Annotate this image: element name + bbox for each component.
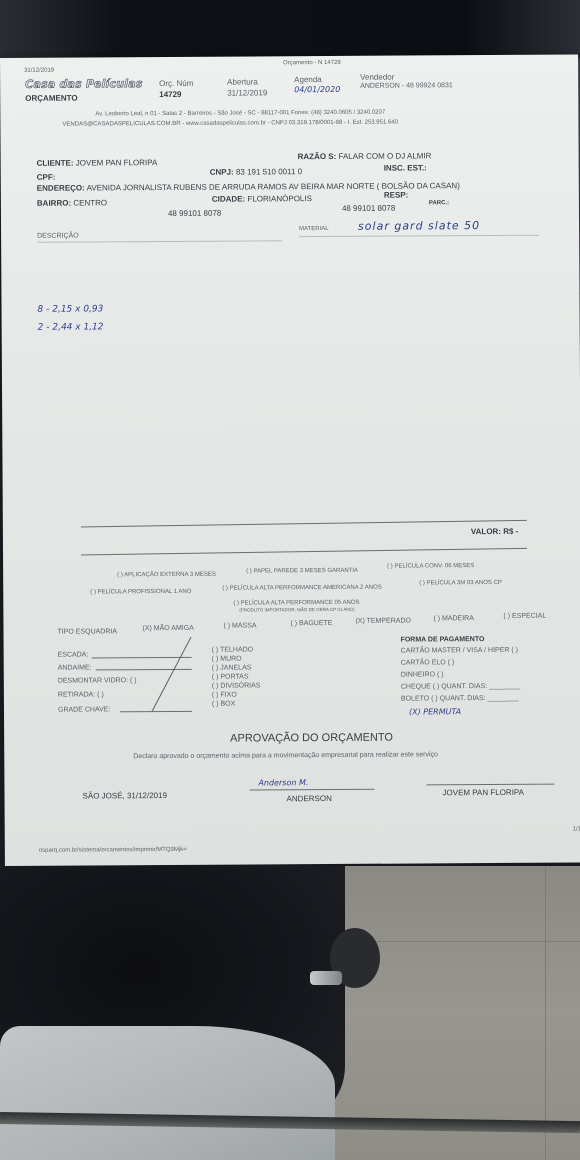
- measurement-line: 2 - 2,44 x 1,12: [38, 322, 104, 332]
- cliente-value: JOVEM PAN FLORIPA: [76, 158, 158, 167]
- bairro-field: BAIRRO: CENTRO: [37, 198, 107, 207]
- payment-option: BOLETO ( ) QUANT. DIAS: ________: [401, 695, 519, 703]
- bairro-value: CENTRO: [73, 198, 107, 207]
- esquadria-option-temperado: (X) TEMPERADO: [355, 618, 411, 625]
- orc-num-label: Orç. Núm: [159, 79, 193, 88]
- andaime-line: [96, 669, 192, 671]
- cidade-value: FLORIANÓPOLIS: [247, 194, 312, 203]
- divider-line: [81, 548, 527, 556]
- client-signature-line: [426, 784, 554, 786]
- resp-label: RESP:: [384, 191, 409, 200]
- valor-total: VALOR: R$ -: [471, 527, 518, 536]
- parc-label: PARC.:: [429, 200, 449, 206]
- location-option: ( ) TELHADO: [212, 646, 254, 653]
- cpf-field: CPF:: [37, 173, 56, 182]
- abertura-label: Abertura: [227, 77, 258, 86]
- company-address: Av. Leoberto Leal, n 01 - Salas 2 - Barr…: [95, 110, 385, 118]
- cnpj-value: 83 191 510 0011 0: [236, 167, 302, 176]
- warranty-option: ( ) PELÍCULA 3M 03 ANOS CP: [419, 580, 502, 587]
- payment-option: CARTÃO MASTER / VISA / HIPER ( ): [401, 647, 518, 655]
- measurement-line: 8 - 2,15 x 0,93: [38, 304, 104, 314]
- grade-chave-line: [120, 711, 192, 712]
- warranty-option: ( ) PELÍCULA ALTA PERFORMANCE AMERICANA …: [222, 585, 382, 592]
- company-contact: VENDAS@CASADASPELICULAS.COM.BR - www.cas…: [62, 120, 398, 128]
- cidade-label: CIDADE:: [212, 195, 245, 204]
- material-value: solar gard slate 50: [358, 219, 480, 233]
- location-option: ( ) MURO: [212, 656, 242, 663]
- cnpj-label: CNPJ:: [210, 168, 234, 177]
- doc-number-title: Orçamento - N 14729: [283, 60, 341, 66]
- cnpj-field: CNPJ: 83 191 510 0011 0: [210, 167, 302, 177]
- desmontar-vidro-label: DESMONTAR VIDRO: ( ): [58, 677, 137, 684]
- cpf-label: CPF:: [37, 173, 56, 182]
- phone-1: 48 99101 8078: [168, 209, 221, 218]
- company-logo: Casa das Películas: [25, 77, 143, 91]
- location-option: ( ) DIVISÓRIAS: [212, 682, 261, 689]
- descricao-label: DESCRIÇÃO: [37, 233, 79, 240]
- razao-label: RAZÃO S:: [298, 152, 337, 161]
- insc-label: INSC. EST.:: [384, 163, 427, 172]
- place-date: SÃO JOSÉ, 31/12/2019: [82, 791, 167, 801]
- warranty-note: (PRODUTO IMPORTADOR, MÃO DE OBRA CP 01 A…: [239, 607, 354, 613]
- background-top: [0, 0, 580, 62]
- print-date: 31/12/2019: [24, 68, 54, 74]
- shoe-buckle: [310, 971, 342, 985]
- endereco-label: ENDEREÇO:: [37, 183, 85, 192]
- payment-option: CHEQUE ( ) QUANT. DIAS: ________: [401, 683, 520, 691]
- descricao-underline: [37, 240, 282, 242]
- payment-handwritten-permuta: (X) PERMUTA: [409, 707, 461, 716]
- material-underline: [299, 235, 539, 237]
- warranty-option: ( ) PELÍCULA CONV. 06 MESES: [387, 563, 474, 570]
- strike-through-mark: [152, 637, 192, 712]
- abertura-value: 31/12/2019: [227, 88, 267, 97]
- material-label: MATERIAL: [299, 226, 329, 232]
- grade-chave-label: GRADE CHAVE:: [58, 706, 110, 713]
- approval-title: APROVAÇÃO DO ORÇAMENTO: [230, 732, 393, 745]
- seller-signature-line: [249, 789, 374, 791]
- footer-url: osparq.com.br/sistema/orcamentos/imprimi…: [39, 847, 187, 854]
- vendedor-value: ANDERSON - 48 99924 0831: [360, 82, 453, 90]
- floor-seam: [545, 866, 546, 1160]
- esquadria-option-baguete: ( ) BAGUETE: [290, 620, 332, 627]
- quote-document: 31/12/2019 Orçamento - N 14729 Casa das …: [0, 54, 580, 866]
- warranty-option: ( ) APLICAÇÃO EXTERNA 3 MESES: [117, 572, 216, 579]
- client-name: JOVEM PAN FLORIPA: [442, 788, 524, 797]
- esquadria-option-mao-amiga: (X) MÃO AMIGA: [142, 625, 193, 632]
- doc-type-title: ORÇAMENTO: [25, 94, 77, 103]
- razao-value: FALAR COM O DJ ALMIR: [338, 151, 431, 161]
- cliente-label: CLIENTE:: [37, 159, 74, 168]
- phone-2: 48 99101 8078: [342, 204, 395, 213]
- esquadria-option-madeira: ( ) MADEIRA: [433, 615, 473, 622]
- esquadria-label: TIPO ESQUADRIA: [57, 628, 117, 635]
- agenda-label: Agenda: [294, 75, 322, 84]
- location-option: ( ) BOX: [212, 701, 235, 708]
- orc-num-value: 14729: [159, 90, 181, 99]
- warranty-option: ( ) PAPEL PAREDE 3 MESES GARANTIA: [246, 568, 358, 575]
- bairro-label: BAIRRO:: [37, 199, 71, 208]
- esquadria-option-especial: ( ) ESPECIAL: [503, 613, 546, 620]
- divider-line: [81, 520, 527, 528]
- retirada-label: RETIRADA: ( ): [58, 691, 104, 698]
- approval-declaration: Declaro aprovado o orçamento acima para …: [133, 751, 438, 760]
- cidade-field: CIDADE: FLORIANÓPOLIS: [212, 194, 312, 204]
- light-clothing: [0, 1026, 335, 1160]
- seller-name: ANDERSON: [287, 794, 332, 803]
- payment-title: FORMA DE PAGAMENTO: [401, 636, 485, 644]
- background-photo: [0, 866, 580, 1160]
- cliente-field: CLIENTE: JOVEM PAN FLORIPA: [37, 158, 158, 168]
- page-number: 1/1: [573, 826, 580, 832]
- location-option: ( ) PORTAS: [212, 673, 249, 680]
- payment-option: DINHEIRO ( ): [401, 671, 444, 678]
- seller-signature: Anderson M.: [258, 778, 308, 787]
- escada-line: [92, 657, 192, 659]
- agenda-value: 04/01/2020: [294, 85, 340, 94]
- vendedor-label: Vendedor: [360, 73, 394, 82]
- location-option: ( ) FIXO: [212, 692, 237, 699]
- escada-label: ESCADA:: [58, 651, 89, 658]
- andaime-label: ANDAIME:: [58, 664, 92, 671]
- razao-field: RAZÃO S: FALAR COM O DJ ALMIR: [298, 151, 432, 161]
- warranty-option: ( ) PELÍCULA PROFISSIONAL 1 ANO: [90, 589, 191, 596]
- location-option: ( ) JANELAS: [212, 664, 252, 671]
- payment-option: CARTÃO ELO ( ): [401, 659, 455, 666]
- esquadria-option-massa: ( ) MASSA: [223, 622, 256, 629]
- warranty-option: ( ) PELÍCULA ALTA PERFORMANCE 05 ANOS: [233, 600, 359, 607]
